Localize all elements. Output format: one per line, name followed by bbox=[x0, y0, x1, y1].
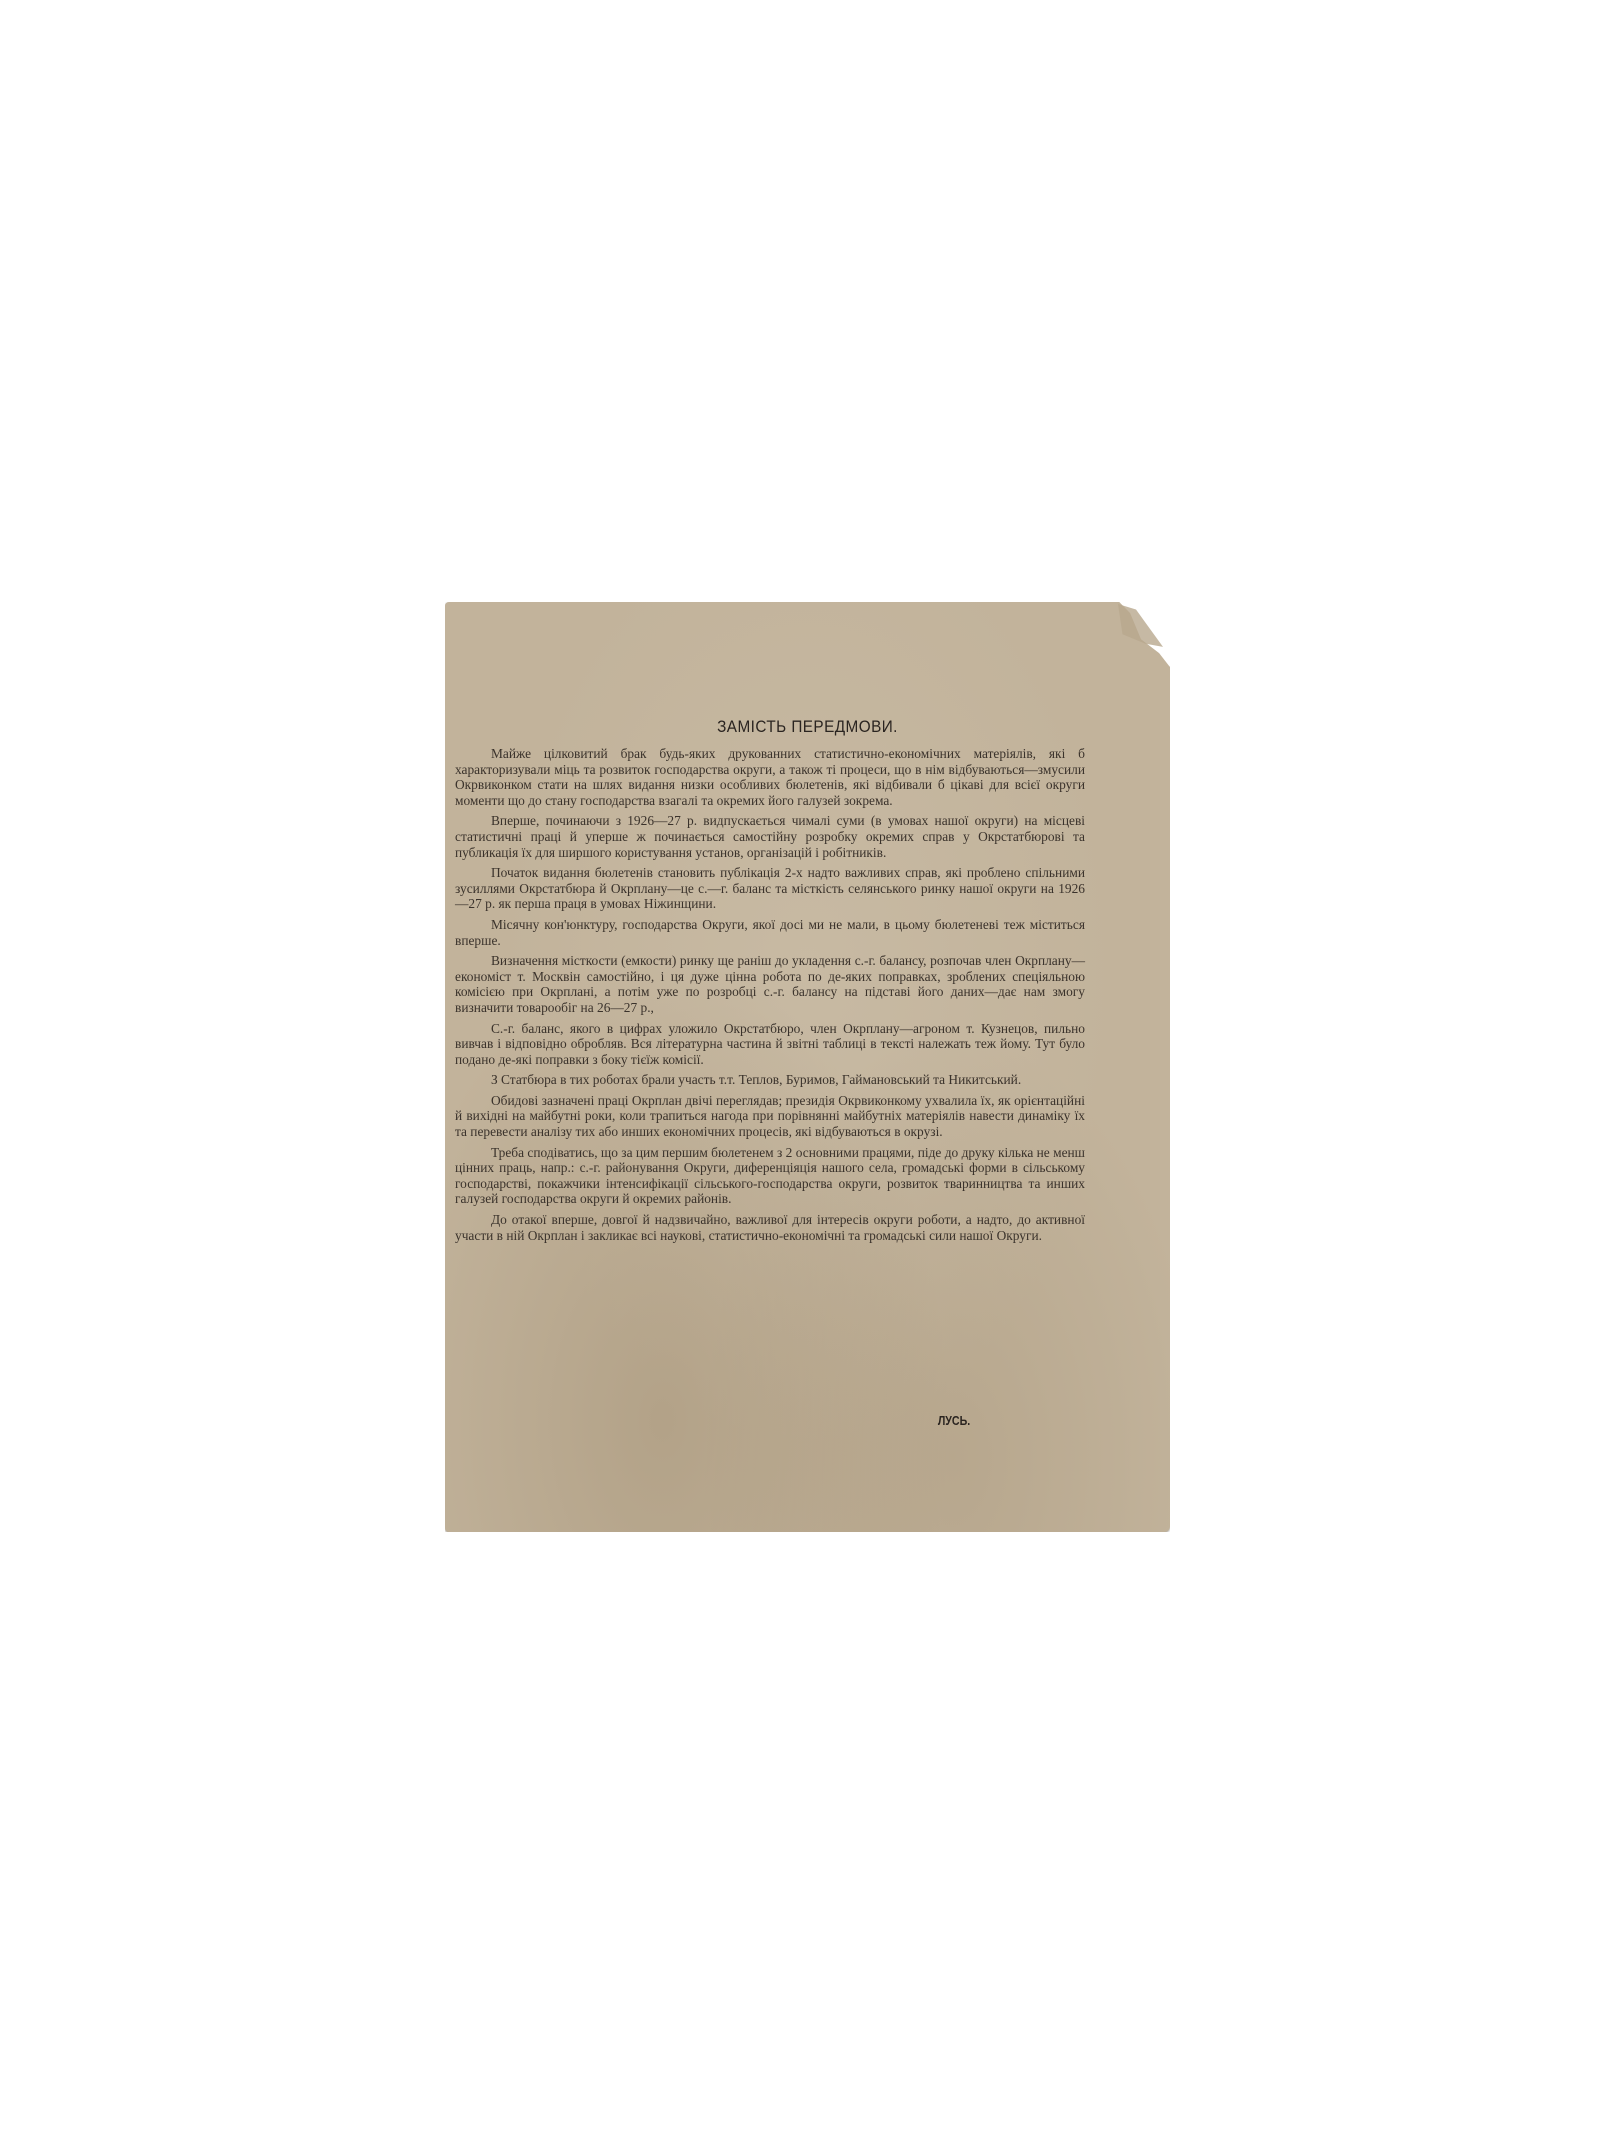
document-body: Майже цілковитий брак будь-яких друкован… bbox=[455, 746, 1085, 1248]
paragraph: С.-г. баланс, якого в цифрах уложило Окр… bbox=[455, 1021, 1085, 1068]
document-title: ЗАМІСТЬ ПЕРЕДМОВИ. bbox=[481, 717, 1134, 737]
paragraph: Вперше, починаючи з 1926—27 р. видпускає… bbox=[455, 813, 1085, 860]
paragraph: До отакої вперше, довгої й надзвичайно, … bbox=[455, 1212, 1085, 1243]
paragraph: Майже цілковитий брак будь-яких друкован… bbox=[455, 746, 1085, 808]
signature: ЛУСЬ. bbox=[938, 1414, 970, 1428]
paragraph: Місячну кон'юнктуру, господарства Округи… bbox=[455, 917, 1085, 948]
paragraph: З Статбюра в тих роботах брали участь т.… bbox=[455, 1072, 1085, 1088]
paragraph: Початок видання бюлетенів становить публ… bbox=[455, 865, 1085, 912]
paragraph: Визначення місткости (емкости) ринку ще … bbox=[455, 953, 1085, 1015]
paragraph: Треба сподіватись, що за цим першим бюле… bbox=[455, 1145, 1085, 1207]
paragraph: Обидові зазначені праці Окрплан двічі пе… bbox=[455, 1093, 1085, 1140]
